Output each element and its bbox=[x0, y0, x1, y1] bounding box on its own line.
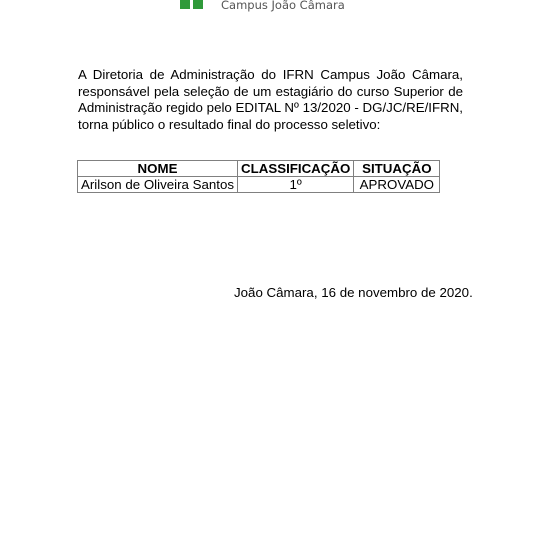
column-header-nome: NOME bbox=[78, 161, 238, 177]
document-header: Campus João Câmara bbox=[0, 0, 540, 20]
cell-situacao: APROVADO bbox=[354, 177, 440, 193]
logo-square-icon bbox=[193, 0, 203, 9]
logo-square-icon bbox=[180, 0, 190, 9]
column-header-situacao: SITUAÇÃO bbox=[354, 161, 440, 177]
place-date-line: João Câmara, 16 de novembro de 2020. bbox=[234, 285, 473, 300]
campus-name: Campus João Câmara bbox=[221, 0, 345, 12]
cell-nome: Arilson de Oliveira Santos bbox=[78, 177, 238, 193]
result-table: NOME CLASSIFICAÇÃO SITUAÇÃO Arilson de O… bbox=[77, 160, 440, 193]
intro-paragraph: A Diretoria de Administração do IFRN Cam… bbox=[78, 67, 463, 133]
table-header-row: NOME CLASSIFICAÇÃO SITUAÇÃO bbox=[78, 161, 440, 177]
intro-text: A Diretoria de Administração do IFRN Cam… bbox=[78, 67, 463, 133]
column-header-classificacao: CLASSIFICAÇÃO bbox=[238, 161, 354, 177]
table-row: Arilson de Oliveira Santos 1º APROVADO bbox=[78, 177, 440, 193]
cell-classificacao: 1º bbox=[238, 177, 354, 193]
